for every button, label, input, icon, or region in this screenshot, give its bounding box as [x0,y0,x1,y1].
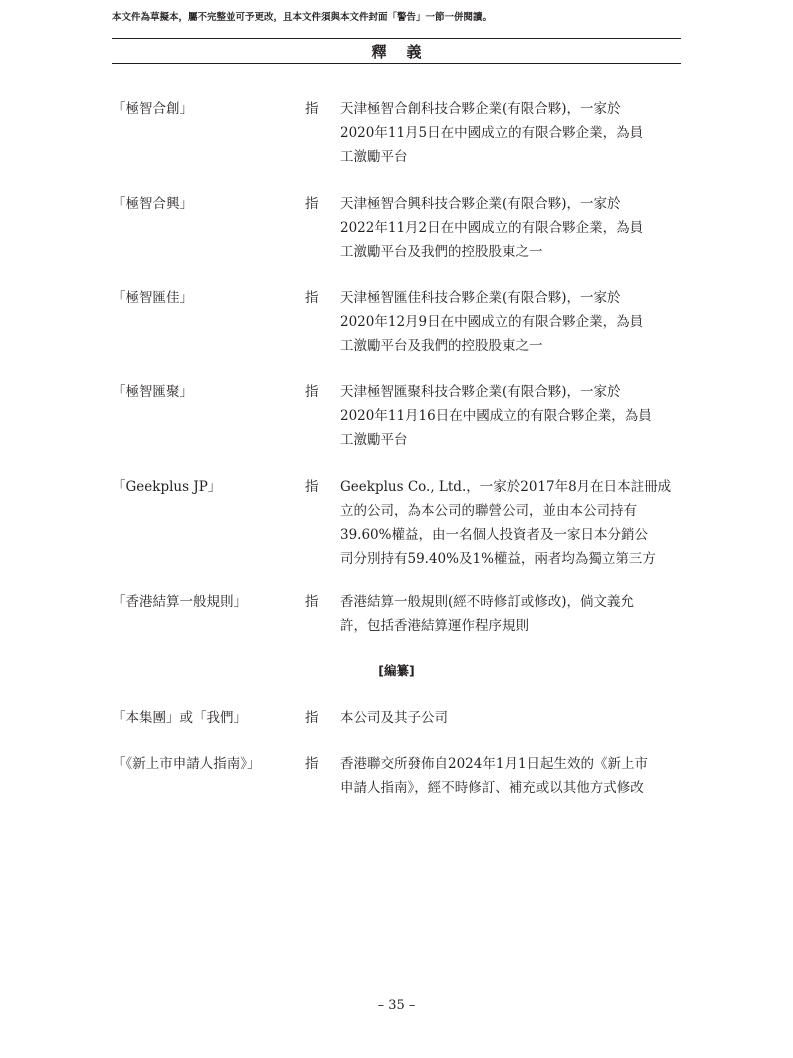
definition-line: 工激勵平台 [340,428,682,452]
definition-means: 指 [305,752,319,776]
definition-line: 2022年11月2日在中國成立的有限合夥企業，為員 [340,216,682,240]
definition-term: 「極智合興」 [112,192,193,216]
header-rule-top [112,38,681,39]
definition-term: 「香港結算一般規則」 [112,590,247,614]
definition-entry: 「《新上市申請人指南》」 指 香港聯交所發佈自2024年1月1日起生效的《新上市… [112,752,681,800]
definition-entry: 「極智合創」 指 天津極智合創科技合夥企業(有限合夥)，一家於 2020年11月… [112,97,681,169]
definition-line: 申請人指南》，經不時修訂、補充或以其他方式修改 [340,776,682,800]
definition-means: 指 [305,192,319,216]
definition-entry: 「極智匯聚」 指 天津極智匯聚科技合夥企業(有限合夥)，一家於 2020年11月… [112,380,681,452]
definition-line: 香港聯交所發佈自2024年1月1日起生效的《新上市 [340,752,682,776]
definition-term: 「本集團」或「我們」 [112,706,247,730]
definition-line: 2020年12月9日在中國成立的有限合夥企業，為員 [340,310,682,334]
definition-term: 「《新上市申請人指南》」 [112,752,261,776]
definition-term: 「極智匯聚」 [112,380,193,404]
definition-means: 指 [305,706,319,730]
redacted-marker: [編纂] [112,661,681,679]
definition-line: 司分別持有59.40%及1%權益，兩者均為獨立第三方 [340,547,682,571]
definition-term: 「極智合創」 [112,97,193,121]
header-rule-bottom [112,63,681,64]
definition-line: 天津極智合創科技合夥企業(有限合夥)，一家於 [340,97,682,121]
definition-means: 指 [305,590,319,614]
definition-means: 指 [305,475,319,499]
definition-entry: 「香港結算一般規則」 指 香港結算一般規則(經不時修訂或修改)，倘文義允 許，包… [112,590,681,638]
definition-line: 香港結算一般規則(經不時修訂或修改)，倘文義允 [340,590,682,614]
draft-notice: 本文件為草擬本，屬不完整並可予更改，且本文件須與本文件封面「警告」一節一併閱讀。 [112,9,682,23]
definition-line: 工激勵平台 [340,145,682,169]
definition-entry: 「本集團」或「我們」 指 本公司及其子公司 [112,706,681,730]
definition-body: 天津極智匯聚科技合夥企業(有限合夥)，一家於 2020年11月16日在中國成立的… [340,380,682,452]
definition-line: 本公司及其子公司 [340,706,682,730]
definition-line: 立的公司，為本公司的聯營公司，並由本公司持有 [340,499,682,523]
definition-entry: 「Geekplus JP」 指 Geekplus Co., Ltd.，一家於20… [112,475,681,571]
definition-body: 天津極智合創科技合夥企業(有限合夥)，一家於 2020年11月5日在中國成立的有… [340,97,682,169]
definition-body: 香港結算一般規則(經不時修訂或修改)，倘文義允 許，包括香港結算運作程序規則 [340,590,682,638]
definition-line: 天津極智匯聚科技合夥企業(有限合夥)，一家於 [340,380,682,404]
definition-body: Geekplus Co., Ltd.，一家於2017年8月在日本註冊成 立的公司… [340,475,682,571]
definition-line: 工激勵平台及我們的控股股東之一 [340,334,682,358]
definition-means: 指 [305,97,319,121]
definition-entry: 「極智合興」 指 天津極智合興科技合夥企業(有限合夥)，一家於 2022年11月… [112,192,681,264]
definition-term: 「Geekplus JP」 [112,475,221,499]
definition-line: 2020年11月16日在中國成立的有限合夥企業，為員 [340,404,682,428]
definition-entry: 「極智匯佳」 指 天津極智匯佳科技合夥企業(有限合夥)，一家於 2020年12月… [112,286,681,358]
definition-line: 天津極智合興科技合夥企業(有限合夥)，一家於 [340,192,682,216]
definition-term: 「極智匯佳」 [112,286,193,310]
definition-body: 本公司及其子公司 [340,706,682,730]
definition-line: Geekplus Co., Ltd.，一家於2017年8月在日本註冊成 [340,475,682,499]
definition-body: 香港聯交所發佈自2024年1月1日起生效的《新上市 申請人指南》，經不時修訂、補… [340,752,682,800]
definition-body: 天津極智匯佳科技合夥企業(有限合夥)，一家於 2020年12月9日在中國成立的有… [340,286,682,358]
section-title: 釋義 [112,41,681,62]
page-number: – 35 – [112,998,681,1013]
definition-body: 天津極智合興科技合夥企業(有限合夥)，一家於 2022年11月2日在中國成立的有… [340,192,682,264]
definition-means: 指 [305,286,319,310]
definition-line: 39.60%權益，由一名個人投資者及一家日本分銷公 [340,523,682,547]
definition-line: 天津極智匯佳科技合夥企業(有限合夥)，一家於 [340,286,682,310]
definition-line: 許，包括香港結算運作程序規則 [340,614,682,638]
definition-means: 指 [305,380,319,404]
definition-line: 2020年11月5日在中國成立的有限合夥企業，為員 [340,121,682,145]
definition-line: 工激勵平台及我們的控股股東之一 [340,240,682,264]
